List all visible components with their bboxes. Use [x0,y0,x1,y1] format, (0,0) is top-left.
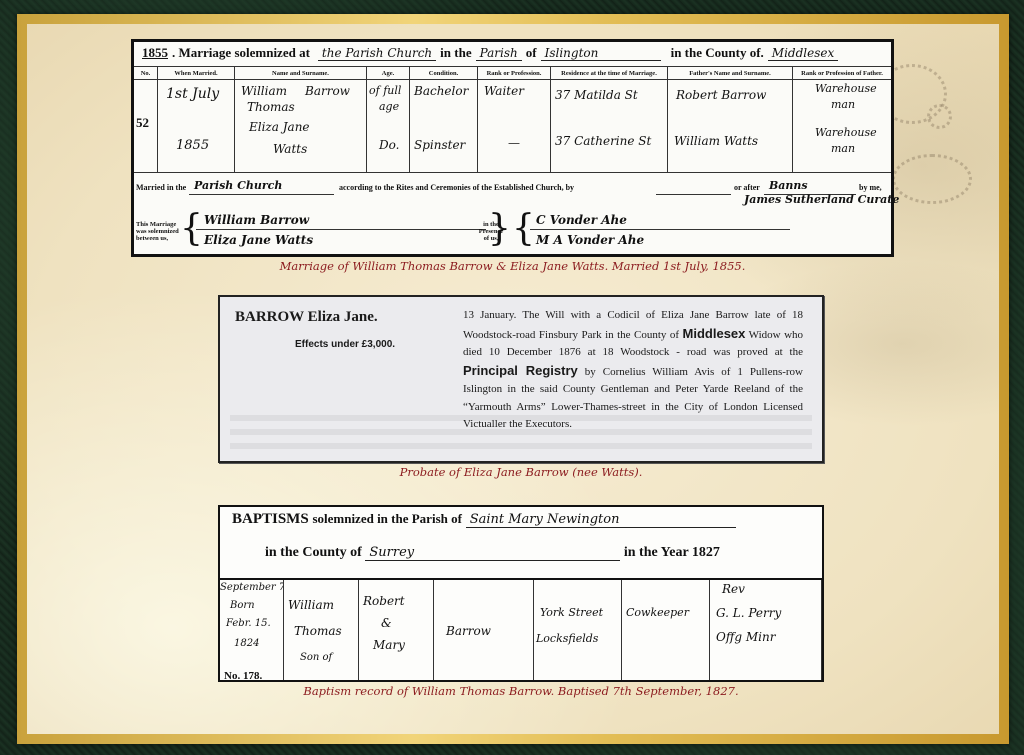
probate-record: BARROW Eliza Jane. Effects under £3,000.… [218,295,824,463]
child-given-name: William [288,598,334,612]
family-surname: Barrow [446,624,491,638]
married-in-label: Married in the [136,183,186,192]
baptism-caption: Baptism record of William Thomas Barrow.… [218,684,824,698]
baptism-county: Surrey [365,545,620,561]
groom-middle-name: Thomas [247,100,295,114]
ampersand: & [381,616,392,630]
minister-title: Rev [722,582,745,596]
child-middle-name: Thomas [294,624,342,638]
bride-condition: Spinster [414,138,465,152]
marriage-year: 1855 [176,138,209,153]
groom-rank: Waiter [484,84,524,98]
probate-effects: Effects under £3,000. [295,339,395,350]
title-of: of [526,45,537,61]
col-header-age: Age. [367,67,410,79]
baptisms-label: BAPTISMS [232,511,309,527]
bride-given-name: Eliza Jane [249,120,310,134]
certificate-title: 1855 . Marriage solemnized at the Parish… [142,45,885,65]
bride-father: William Watts [674,134,758,148]
groom-age-2: age [379,100,399,113]
probate-county: Middlesex [683,326,746,341]
marriage-entry-row: 52 1st July 1855 William Barrow Thomas E… [134,80,891,173]
married-in-church: Parish Church [194,179,282,192]
entry-number: No. 178. [224,670,262,680]
abode-street: York Street [540,606,603,619]
title-county-label: in the County of. [671,45,764,61]
baptism-entry-row: September 7 Born Febr. 15. 1824 No. 178.… [220,580,822,680]
baptism-county-line: in the County of Surrey in the Year 1827 [265,545,720,561]
probate-name: BARROW Eliza Jane. [235,309,378,326]
groom-residence: 37 Matilda St [555,88,638,102]
decorative-swirl [892,154,972,204]
bride-age: Do. [379,138,399,152]
son-of-label: Son of [300,652,332,663]
groom-father-rank-2: man [831,98,855,111]
or-after-label: or after [734,183,760,192]
probate-caption: Probate of Eliza Jane Barrow (nee Watts)… [218,465,824,479]
title-parish-label: Parish [476,46,522,61]
solemnized-between-label: This Marriage was solemnized between us, [136,221,182,242]
col-header-name: Name and Surname. [235,67,367,79]
groom-age: of full [369,84,401,97]
col-header-when: When Married. [158,67,235,79]
col-header-no: No. [134,67,158,79]
groom-father-rank: Warehouse [815,82,877,95]
col-header-father: Father's Name and Surname. [668,67,793,79]
presence-label: in the Presence of us, [476,221,506,242]
title-parish: Islington [541,46,661,61]
col-header-rank: Rank or Profession. [478,67,551,79]
marriage-caption: Marriage of William Thomas Barrow & Eliz… [131,259,894,273]
baptism-record: BAPTISMS solemnized in the Parish of Sai… [218,505,824,682]
baptism-year: 1827 [692,545,720,560]
signatures-section: This Marriage was solemnized between us,… [134,207,891,255]
groom-surname: Barrow [305,84,350,98]
col-header-residence: Residence at the time of Marriage. [551,67,668,79]
bride-father-rank: Warehouse [815,126,877,139]
witness-1-signature: C Vonder Ahe [536,213,627,227]
groom-father: Robert Barrow [676,88,766,102]
col-header-condition: Condition. [410,67,478,79]
title-county: Middlesex [768,46,838,61]
title-place: the Parish Church [318,46,436,61]
birth-date: Febr. 15. [226,618,271,629]
minister-name: G. L. Perry [716,606,781,620]
title-label: . Marriage solemnized at [172,45,310,61]
entry-number: 52 [136,115,149,131]
bride-surname: Watts [273,142,307,156]
groom-signature: William Barrow [204,213,309,227]
bride-signature: Eliza Jane Watts [204,233,313,247]
probate-registry: Principal Registry [463,363,578,378]
bride-rank: — [508,136,520,150]
title-in-the: in the [440,45,471,61]
year-label: in the Year [624,545,689,560]
decorative-swirl [927,104,952,129]
rites-text: according to the Rites and Ceremonies of… [339,183,574,192]
father-name: Robert [363,594,405,608]
bride-residence: 37 Catherine St [555,134,651,148]
column-headers: No. When Married. Name and Surname. Age.… [134,66,891,80]
father-occupation: Cowkeeper [626,606,689,619]
married-in-line: Married in the Parish Church according t… [134,179,891,201]
baptism-date: September 7 [220,582,284,593]
col-header-father-rank: Rank or Profession of Father. [793,67,891,79]
groom-given-name: William [241,84,287,98]
born-label: Born [230,600,255,611]
marriage-date: 1st July [166,86,219,102]
minister-role: Offg Minr [716,630,775,644]
mother-name: Mary [373,638,405,652]
title-year: 1855 [142,45,168,61]
baptism-title: BAPTISMS solemnized in the Parish of Sai… [232,511,736,528]
by-me-label: by me, [859,183,882,192]
marriage-certificate: 1855 . Marriage solemnized at the Parish… [131,39,894,257]
abode-area: Locksfields [536,632,598,645]
witness-2-signature: M A Vonder Ahe [536,233,644,247]
birth-year: 1824 [234,638,259,649]
solemnized-label: solemnized in the Parish of [312,511,462,526]
probate-text: 13 January. The Will with a Codicil of E… [463,307,803,434]
officiant-signature: James Sutherland Curate [744,193,899,206]
groom-condition: Bachelor [414,84,468,98]
banns: Banns [769,179,808,192]
bride-father-rank-2: man [831,142,855,155]
baptism-parish: Saint Mary Newington [466,512,736,528]
county-label: in the County of [265,545,362,560]
